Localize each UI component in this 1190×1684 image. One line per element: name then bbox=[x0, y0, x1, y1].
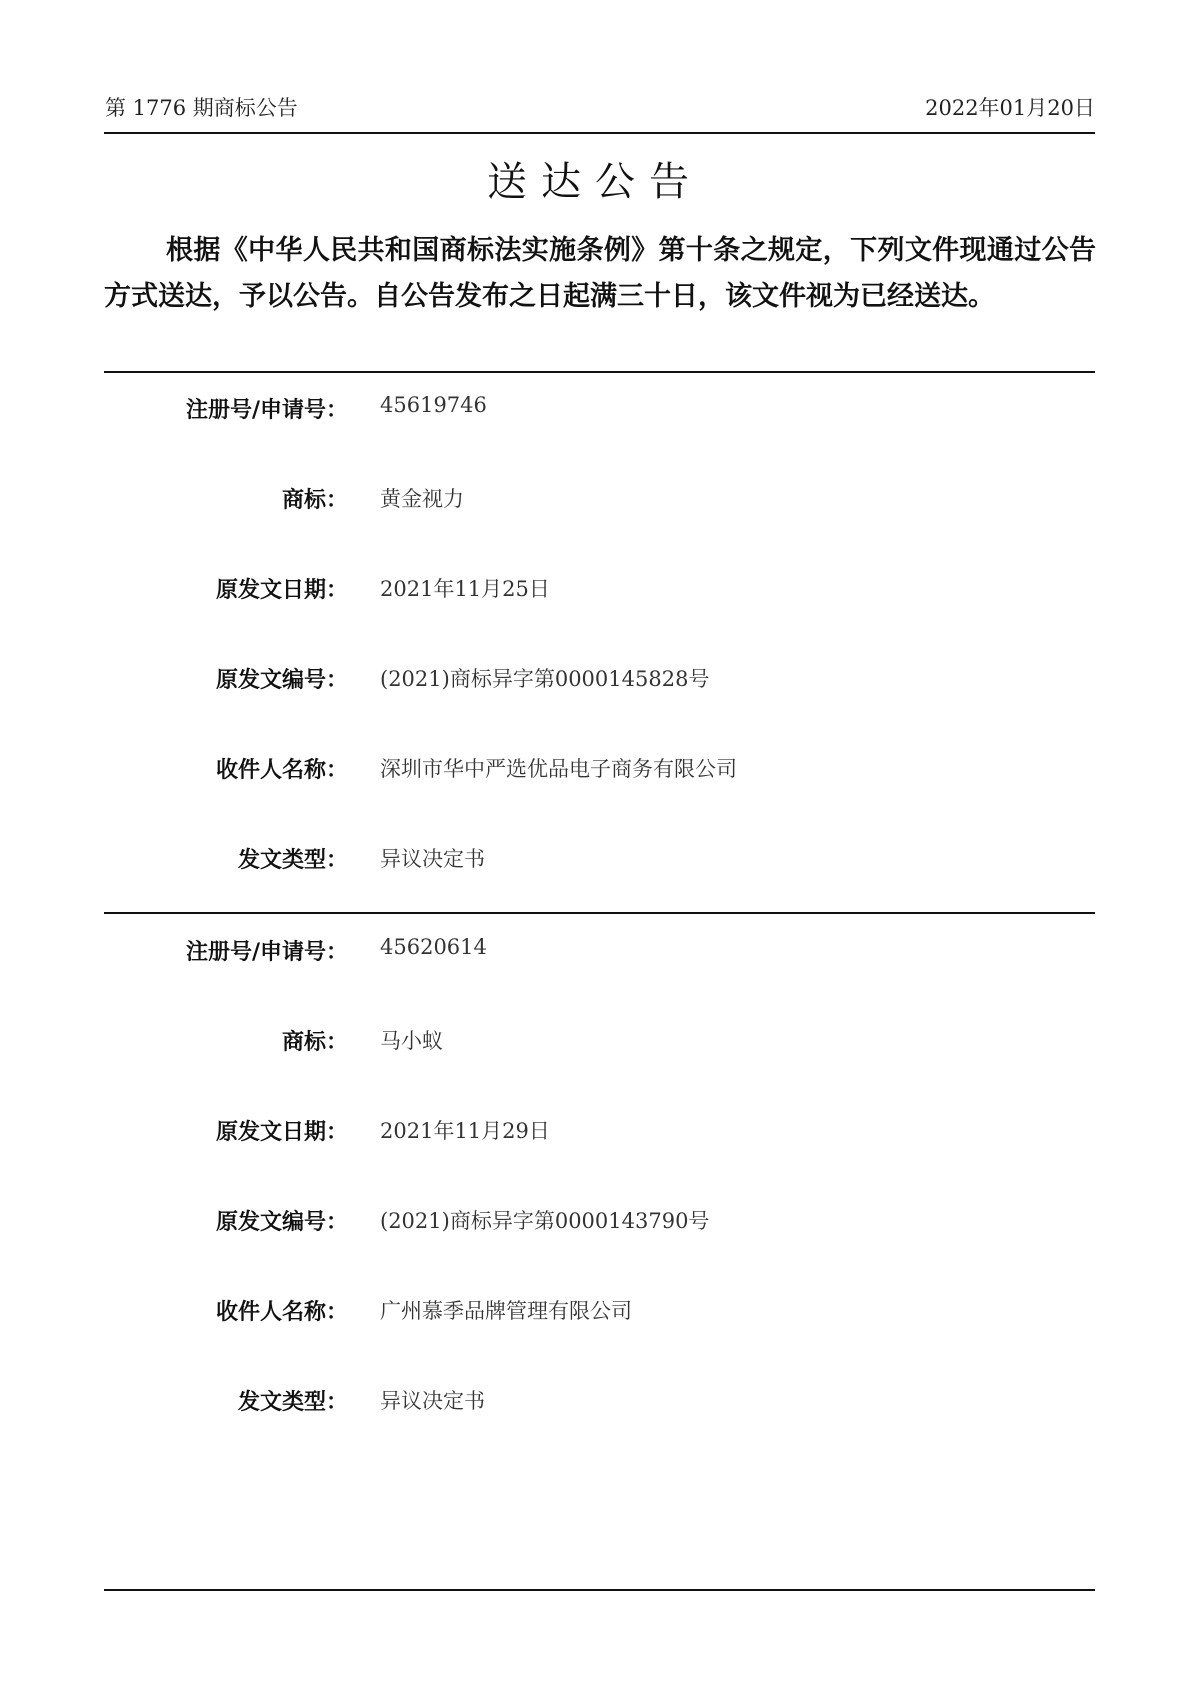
field-value: 45619746 bbox=[380, 393, 487, 417]
field-value: 黄金视力 bbox=[380, 483, 464, 513]
field-label: 商标： bbox=[282, 1025, 348, 1056]
field-label: 发文类型： bbox=[238, 843, 348, 874]
field-orig-no: 原发文编号： (2021)商标异字第0000145828号 bbox=[0, 663, 1190, 699]
field-label: 注册号/申请号： bbox=[186, 393, 348, 424]
field-value: 45620614 bbox=[380, 935, 487, 959]
field-recipient: 收件人名称： 广州慕季品牌管理有限公司 bbox=[0, 1295, 1190, 1331]
field-trademark: 商标： 黄金视力 bbox=[0, 483, 1190, 519]
field-reg-no: 注册号/申请号： 45620614 bbox=[0, 935, 1190, 971]
field-doc-type: 发文类型： 异议决定书 bbox=[0, 1385, 1190, 1421]
field-orig-date: 原发文日期： 2021年11月25日 bbox=[0, 573, 1190, 609]
field-label: 原发文日期： bbox=[216, 1115, 348, 1146]
field-reg-no: 注册号/申请号： 45619746 bbox=[0, 393, 1190, 429]
entry-divider bbox=[104, 371, 1095, 373]
entry-divider bbox=[104, 912, 1095, 914]
field-value: 2021年11月29日 bbox=[380, 1115, 550, 1145]
header-divider bbox=[104, 132, 1095, 134]
field-label: 收件人名称： bbox=[216, 753, 348, 784]
field-value: 广州慕季品牌管理有限公司 bbox=[380, 1295, 632, 1325]
field-value: 异议决定书 bbox=[380, 843, 485, 873]
field-value: 深圳市华中严选优品电子商务有限公司 bbox=[380, 753, 737, 783]
field-label: 原发文编号： bbox=[216, 663, 348, 694]
field-value: 马小蚁 bbox=[380, 1025, 443, 1055]
footer-divider bbox=[104, 1589, 1095, 1591]
page-title: 送达公告 bbox=[0, 150, 1190, 207]
field-doc-type: 发文类型： 异议决定书 bbox=[0, 843, 1190, 879]
field-recipient: 收件人名称： 深圳市华中严选优品电子商务有限公司 bbox=[0, 753, 1190, 789]
field-label: 原发文日期： bbox=[216, 573, 348, 604]
intro-paragraph: 根据《中华人民共和国商标法实施条例》第十条之规定，下列文件现通过公告方式送达，予… bbox=[104, 228, 1096, 320]
field-orig-date: 原发文日期： 2021年11月29日 bbox=[0, 1115, 1190, 1151]
field-value: (2021)商标异字第0000145828号 bbox=[380, 663, 709, 693]
field-label: 注册号/申请号： bbox=[186, 935, 348, 966]
issue-number: 第 1776 期商标公告 bbox=[105, 92, 298, 122]
field-value: 异议决定书 bbox=[380, 1385, 485, 1415]
field-value: 2021年11月25日 bbox=[380, 573, 550, 603]
field-orig-no: 原发文编号： (2021)商标异字第0000143790号 bbox=[0, 1205, 1190, 1241]
page-header: 第 1776 期商标公告 2022年01月20日 bbox=[105, 92, 1095, 132]
field-trademark: 商标： 马小蚁 bbox=[0, 1025, 1190, 1061]
field-label: 商标： bbox=[282, 483, 348, 514]
field-label: 收件人名称： bbox=[216, 1295, 348, 1326]
field-label: 发文类型： bbox=[238, 1385, 348, 1416]
field-value: (2021)商标异字第0000143790号 bbox=[380, 1205, 709, 1235]
field-label: 原发文编号： bbox=[216, 1205, 348, 1236]
publication-date: 2022年01月20日 bbox=[925, 92, 1095, 122]
